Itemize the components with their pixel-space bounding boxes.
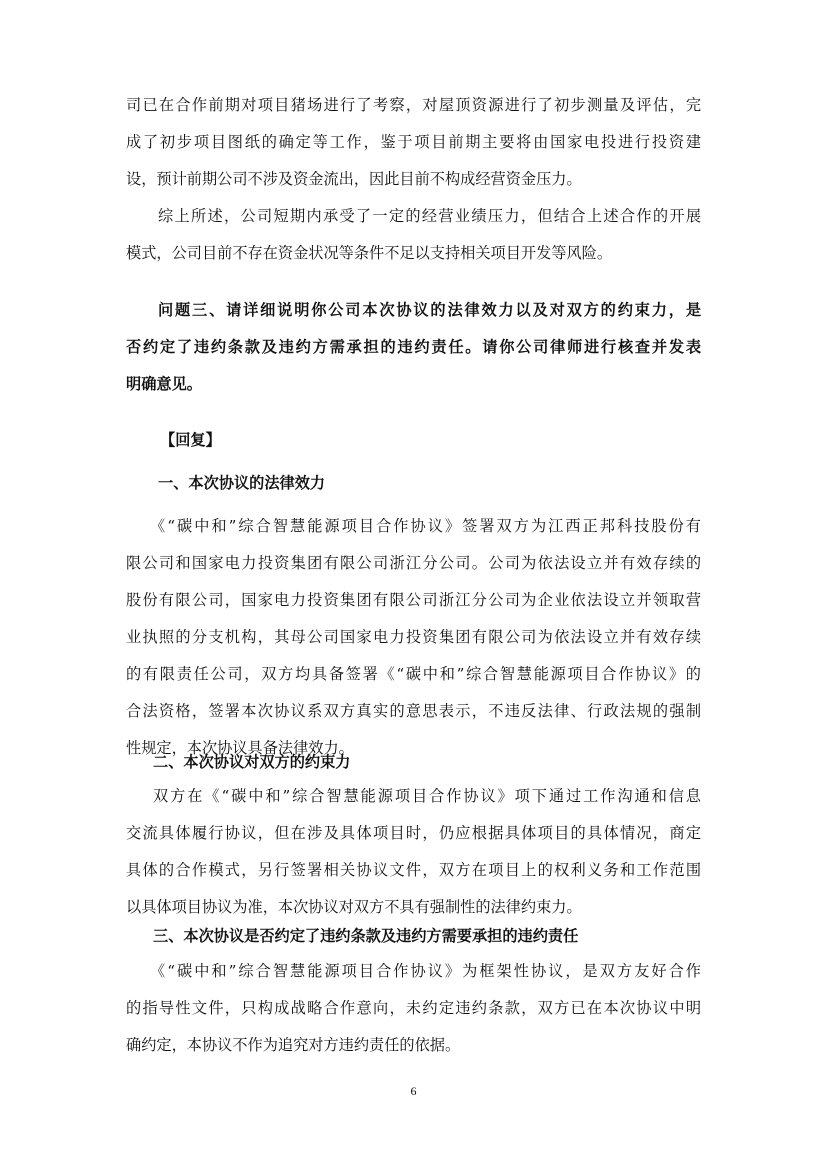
body-line: 模式，公司目前不存在资金状况等条件不足以支持相关项目开发等风险。	[126, 242, 701, 264]
body-line: 具体的合作模式，另行签署相关协议文件，双方在项目上的权利义务和工作范围	[126, 859, 701, 881]
body-line: 业执照的分支机构，其母公司国家电力投资集团有限公司为依法设立并有效存续	[126, 626, 701, 648]
page-number: 6	[0, 1084, 827, 1099]
body-line: 司已在合作前期对项目猪场进行了考察，对屋顶资源进行了初步测量及评估，完	[126, 94, 701, 116]
body-line: 成了初步项目图纸的确定等工作，鉴于项目前期主要将由国家电投进行投资建	[126, 131, 701, 153]
section-heading-1: 一、本次协议的法律效力	[158, 472, 558, 494]
body-line: 的有限责任公司，双方均具备签署《“碳中和”综合智慧能源项目合作协议》的	[126, 663, 701, 685]
body-line: 的指导性文件，只构成战略合作意向，未约定违约条款，双方已在本次协议中明	[126, 997, 701, 1019]
body-line: 以具体项目协议为准，本次协议对双方不具有强制性的法律约束力。	[126, 896, 701, 918]
body-line: 股份有限公司，国家电力投资集团有限公司浙江分公司为企业依法设立并领取营	[126, 589, 701, 611]
body-line: 确约定，本协议不作为追究对方违约责任的依据。	[126, 1034, 701, 1056]
section-heading-3: 三、本次协议是否约定了违约条款及违约方需要承担的违约责任	[153, 925, 713, 947]
reply-label: 【回复】	[160, 429, 360, 451]
body-line: 设，预计前期公司不涉及资金流出，因此目前不构成经营资金压力。	[126, 168, 701, 190]
question-title: 否约定了违约条款及违约方需承担的违约责任。请你公司律师进行核查并发表	[126, 336, 701, 358]
body-line: 交流具体履行协议，但在涉及具体项目时，仍应根据具体项目的具体情况，商定	[126, 822, 701, 844]
question-title: 明确意见。	[126, 373, 701, 395]
body-line: 综上所述，公司短期内承受了一定的经营业绩压力，但结合上述合作的开展	[158, 205, 701, 227]
body-line: 限公司和国家电力投资集团有限公司浙江分公司。公司为依法设立并有效存续的	[126, 552, 701, 574]
body-line: 《“碳中和”综合智慧能源项目合作协议》签署双方为江西正邦科技股份有	[150, 515, 701, 537]
body-line: 《“碳中和”综合智慧能源项目合作协议》为框架性协议，是双方友好合作	[150, 960, 701, 982]
section-heading-2: 二、本次协议对双方的约束力	[153, 751, 553, 773]
body-line: 双方在《“碳中和”综合智慧能源项目合作协议》项下通过工作沟通和信息	[153, 785, 701, 807]
body-line: 合法资格，签署本次协议系双方真实的意思表示，不违反法律、行政法规的强制	[126, 700, 701, 722]
question-title: 问题三、请详细说明你公司本次协议的法律效力以及对双方的约束力，是	[158, 299, 701, 321]
